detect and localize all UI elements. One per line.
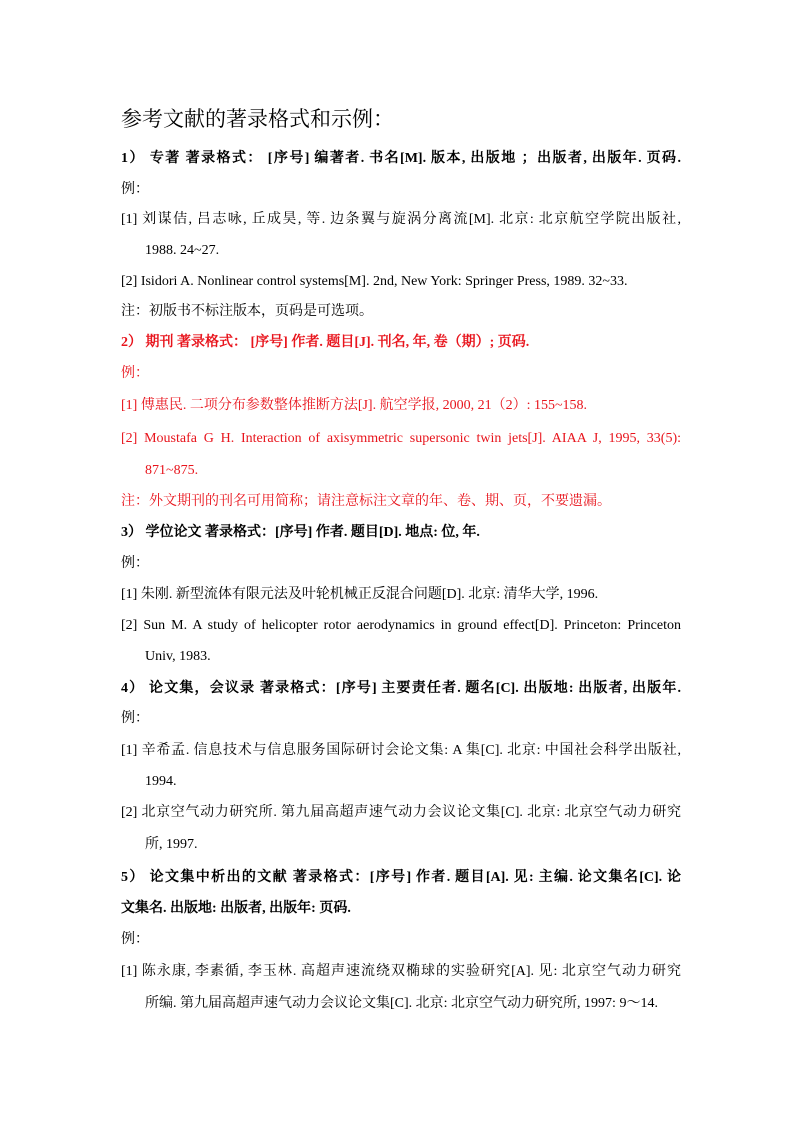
section-1-example-label: 例： (121, 181, 149, 199)
section-5-ref-1: [1] 陈永康, 李素循, 李玉林. 高超声速流绕双椭球的实验研究[A]. 见:… (121, 963, 681, 981)
section-4-ref-2: [2] 北京空气动力研究所. 第九届高超声速气动力会议论文集[C]. 北京: 北… (121, 804, 681, 822)
section-2-ref-2-cont: 871~875. (145, 462, 198, 480)
section-1-heading: 1） 专著 著录格式： [序号] 编著者. 书名[M]. 版本, 出版地 ；出版… (121, 150, 681, 168)
section-1-ref-1: [1] 刘谋佶, 吕志咏, 丘成昊, 等. 边条翼与旋涡分离流[M]. 北京: … (121, 211, 681, 229)
section-2-example-label: 例： (121, 365, 149, 383)
section-3-ref-1: [1] 朱刚. 新型流体有限元法及叶轮机械正反混合问题[D]. 北京: 清华大学… (121, 586, 598, 604)
section-5-ref-1-cont: 所编. 第九届高超声速气动力会议论文集[C]. 北京: 北京空气动力研究所, 1… (145, 995, 658, 1013)
section-5-heading: 5） 论文集中析出的文献 著录格式：[序号] 作者. 题目[A]. 见: 主编.… (121, 869, 681, 887)
section-2-note: 注：外文期刊的刊名可用简称；请注意标注文章的年、卷、期、页，不要遗漏。 (121, 493, 611, 511)
document-page: 参考文献的著录格式和示例： 1） 专著 著录格式： [序号] 编著者. 书名[M… (0, 0, 800, 1132)
section-4-example-label: 例： (121, 710, 149, 728)
section-4-heading: 4） 论文集，会议录 著录格式：[序号] 主要责任者. 题名[C]. 出版地: … (121, 680, 681, 698)
section-2-heading: 2） 期刊 著录格式： [序号] 作者. 题目[J]. 刊名, 年, 卷（期）;… (121, 334, 529, 352)
section-3-ref-2-cont: Univ, 1983. (145, 648, 211, 666)
section-2-ref-2: [2] Moustafa G H. Interaction of axisymm… (121, 430, 681, 448)
section-4-ref-1-cont: 1994. (145, 773, 177, 791)
page-title: 参考文献的著录格式和示例： (121, 106, 394, 132)
section-1-ref-2: [2] Isidori A. Nonlinear control systems… (121, 273, 627, 291)
section-1-note: 注：初版书不标注版本，页码是可选项。 (121, 303, 373, 321)
section-3-ref-2: [2] Sun M. A study of helicopter rotor a… (121, 617, 681, 635)
section-1-ref-1-cont: 1988. 24~27. (145, 242, 219, 260)
section-4-ref-1: [1] 辛希孟. 信息技术与信息服务国际研讨会论文集: A 集[C]. 北京: … (121, 742, 681, 760)
section-3-example-label: 例： (121, 555, 149, 573)
section-5-example-label: 例： (121, 931, 149, 949)
section-4-ref-2-cont: 所, 1997. (145, 836, 198, 854)
section-3-heading: 3） 学位论文 著录格式：[序号] 作者. 题目[D]. 地点: 位, 年. (121, 524, 480, 542)
section-5-heading-cont: 文集名. 出版地: 出版者, 出版年: 页码. (121, 900, 351, 918)
section-2-ref-1: [1] 傅惠民. 二项分布参数整体推断方法[J]. 航空学报, 2000, 21… (121, 397, 587, 415)
